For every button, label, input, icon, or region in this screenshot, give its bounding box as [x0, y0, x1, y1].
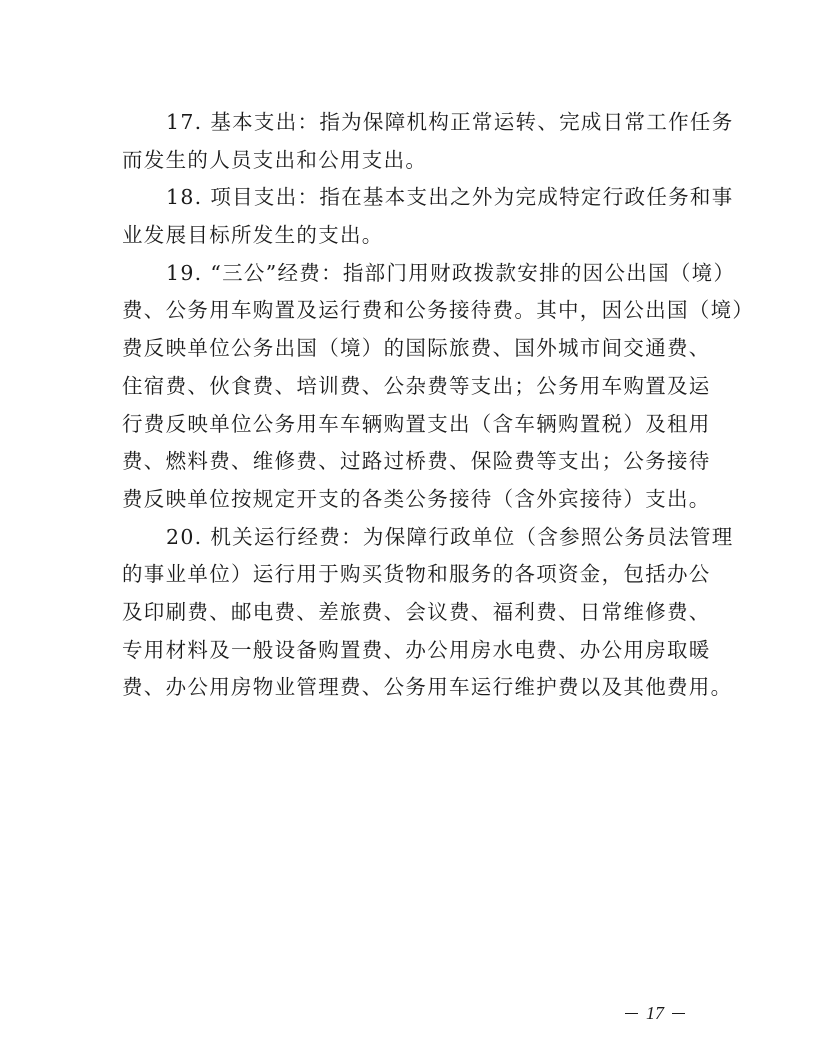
paragraph-line: 的事业单位）运行用于购买货物和服务的各项资金，包括办公 [122, 556, 694, 594]
paragraph-19: 19. “三公”经费：指部门用财政拨款安排的因公出国（境） 费、公务用车购置及运… [122, 255, 694, 519]
paragraph-line: 费、燃料费、维修费、过路过桥费、保险费等支出；公务接待 [122, 443, 694, 481]
dash-left-divider [625, 1013, 638, 1014]
dash-right-divider [672, 1013, 685, 1014]
paragraph-line: 而发生的人员支出和公用支出。 [122, 142, 694, 180]
paragraph-line: 业发展目标所发生的支出。 [122, 217, 694, 255]
page-footer: 17 [625, 1003, 685, 1024]
paragraph-line: 行费反映单位公务用车车辆购置支出（含车辆购置税）及租用 [122, 406, 694, 444]
paragraph-20: 20. 机关运行经费：为保障行政单位（含参照公务员法管理 的事业单位）运行用于购… [122, 519, 694, 707]
paragraph-line: 18. 项目支出：指在基本支出之外为完成特定行政任务和事 [122, 179, 694, 217]
paragraph-line: 住宿费、伙食费、培训费、公杂费等支出；公务用车购置及运 [122, 368, 694, 406]
paragraph-line: 专用材料及一般设备购置费、办公用房水电费、办公用房取暖 [122, 632, 694, 670]
document-page: 17. 基本支出：指为保障机构正常运转、完成日常工作任务 而发生的人员支出和公用… [122, 104, 694, 707]
paragraph-line: 费、办公用房物业管理费、公务用车运行维护费以及其他费用。 [122, 669, 694, 707]
paragraph-line: 17. 基本支出：指为保障机构正常运转、完成日常工作任务 [122, 104, 694, 142]
paragraph-line: 19. “三公”经费：指部门用财政拨款安排的因公出国（境） [122, 255, 694, 293]
paragraph-line: 20. 机关运行经费：为保障行政单位（含参照公务员法管理 [122, 519, 694, 557]
paragraph-line: 费、公务用车购置及运行费和公务接待费。其中，因公出国（境） [122, 292, 694, 330]
page-number: 17 [646, 1003, 664, 1024]
paragraph-line: 费反映单位公务出国（境）的国际旅费、国外城市间交通费、 [122, 330, 694, 368]
paragraph-line: 及印刷费、邮电费、差旅费、会议费、福利费、日常维修费、 [122, 594, 694, 632]
paragraph-line: 费反映单位按规定开支的各类公务接待（含外宾接待）支出。 [122, 481, 694, 519]
paragraph-17: 17. 基本支出：指为保障机构正常运转、完成日常工作任务 而发生的人员支出和公用… [122, 104, 694, 179]
paragraph-18: 18. 项目支出：指在基本支出之外为完成特定行政任务和事 业发展目标所发生的支出… [122, 179, 694, 254]
